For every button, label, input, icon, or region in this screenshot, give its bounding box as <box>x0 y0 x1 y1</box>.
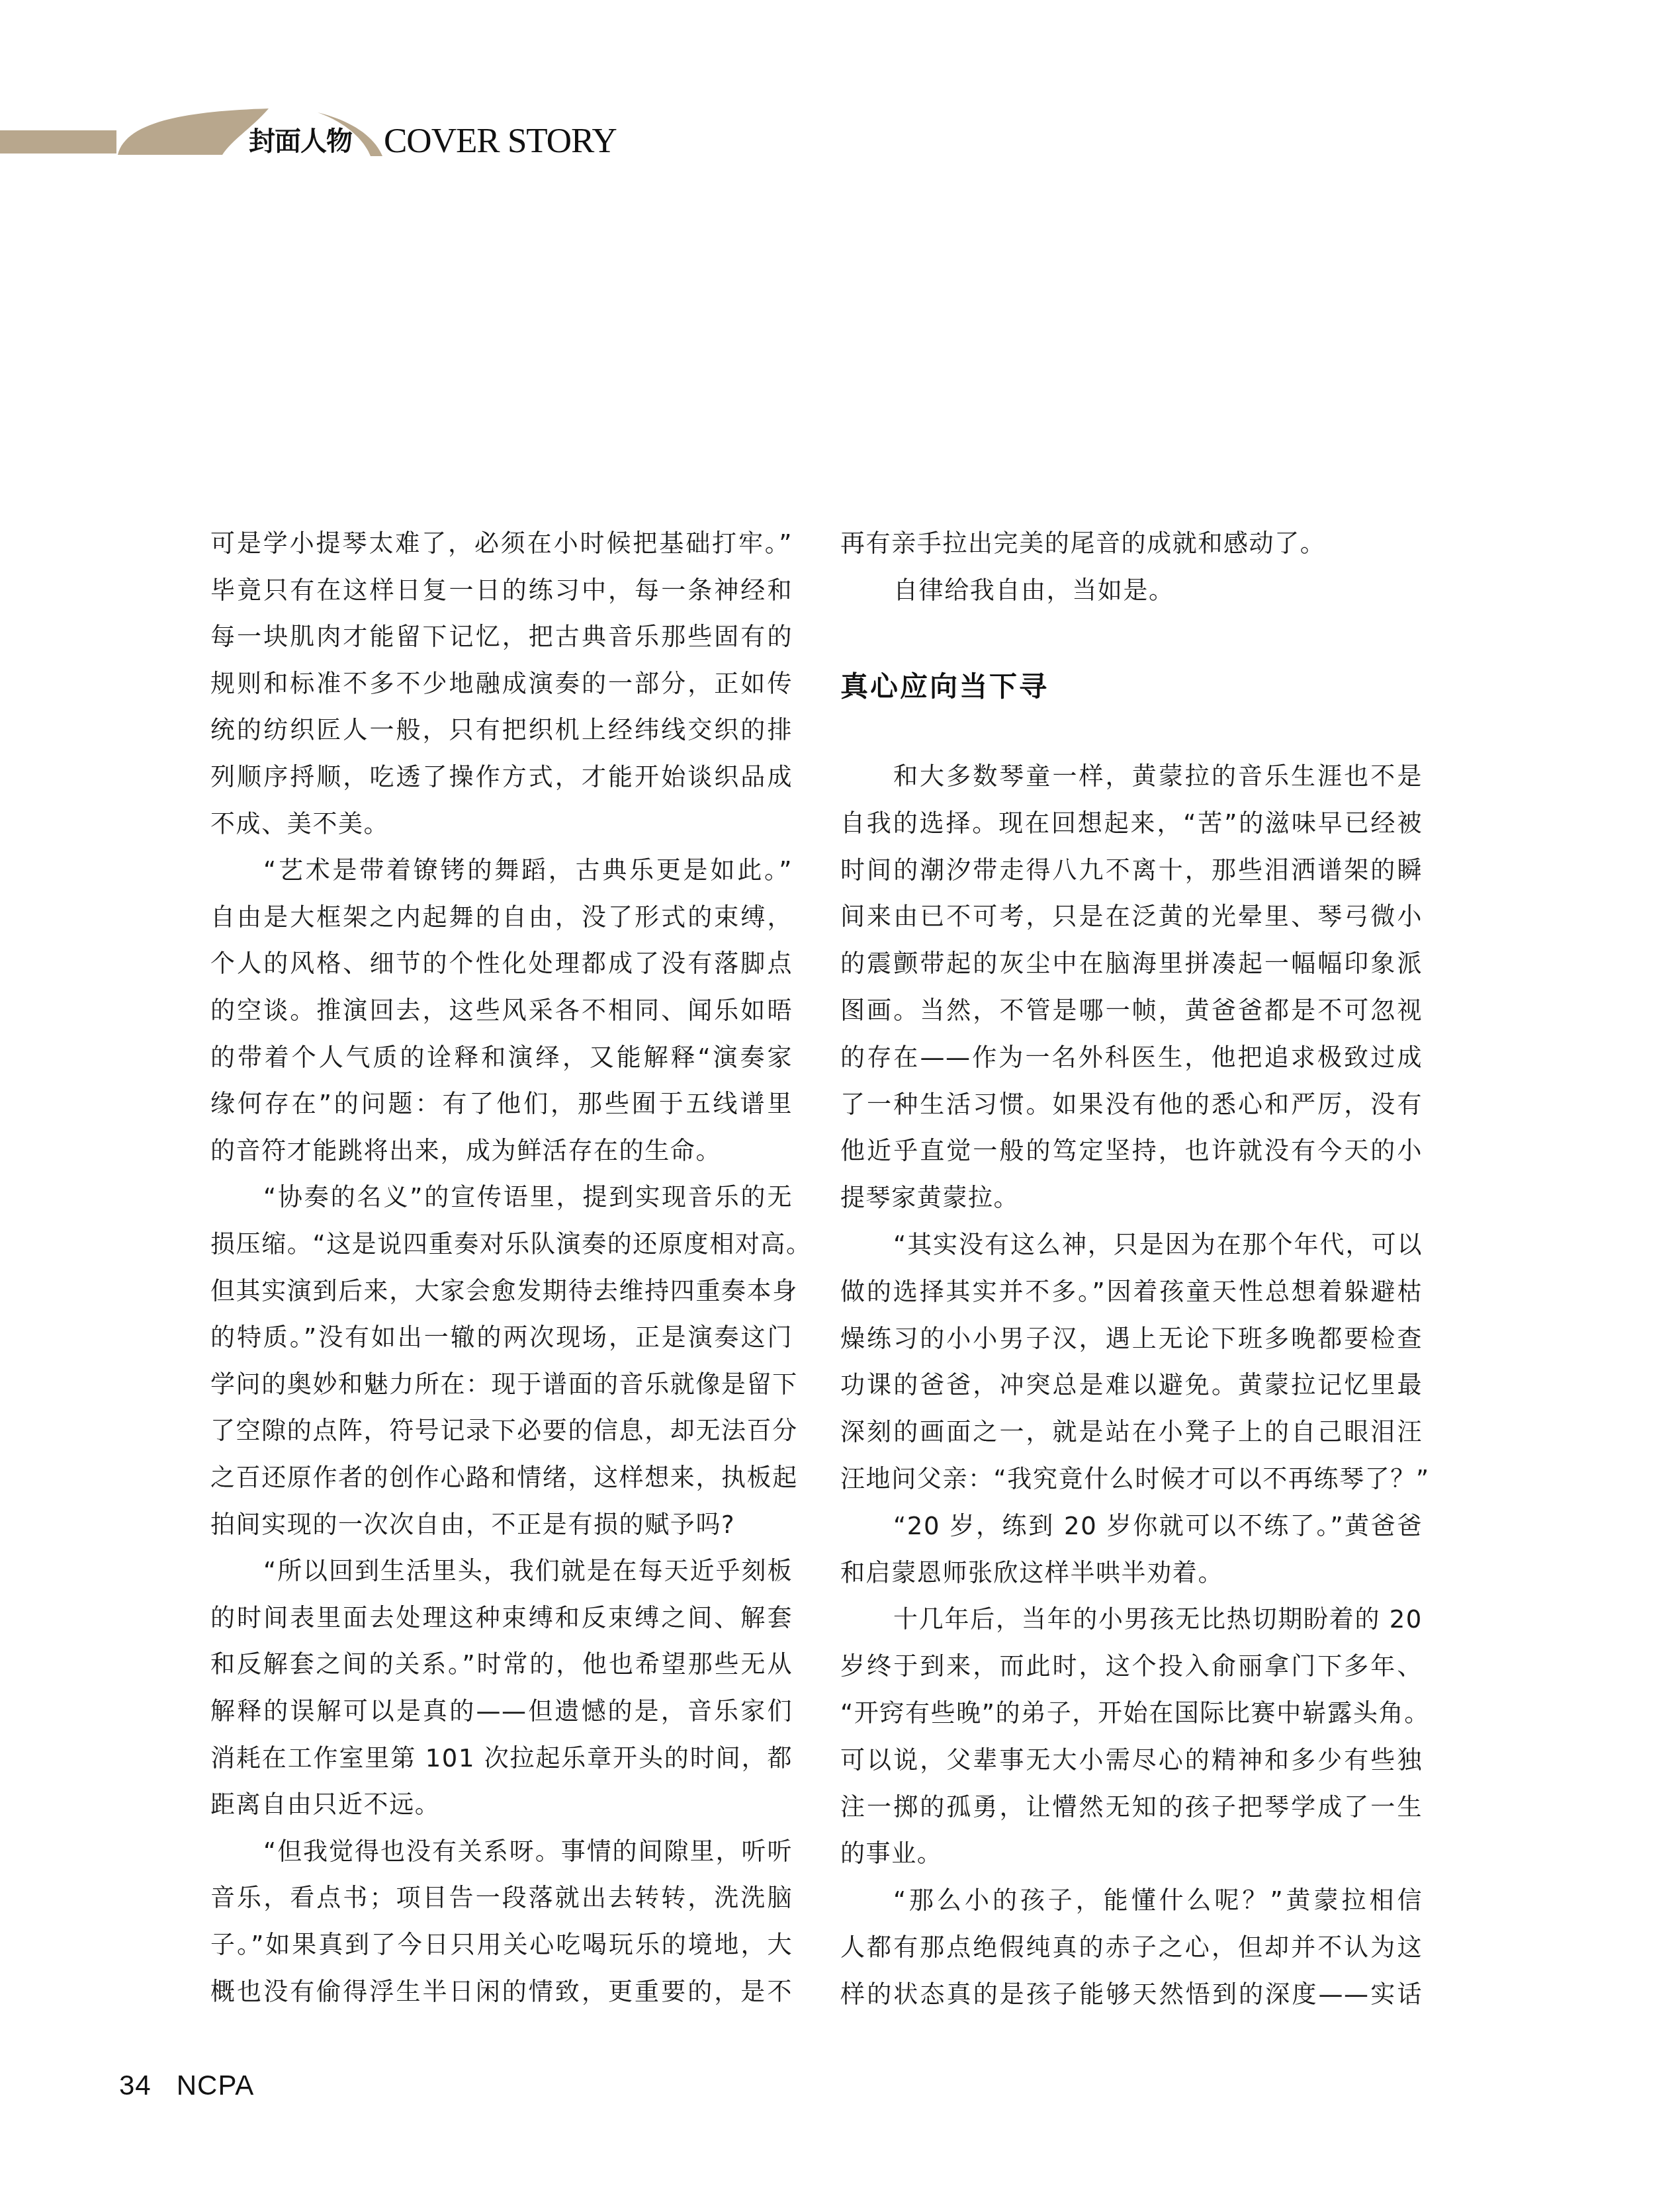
text-line: “协奏的名义”的宣传语里，提到实现音乐的无 <box>210 1182 793 1213</box>
text-line: “艺术是带着镣铐的舞蹈，古典乐更是如此。” <box>210 855 793 886</box>
header-shell-ornament <box>112 109 271 155</box>
text-line: “20 岁，练到 20 岁你就可以不练了。”黄爸爸 <box>840 1511 1423 1542</box>
header-accent-bar <box>0 130 116 153</box>
text-line: 的事业。 <box>840 1839 1423 1869</box>
text-line: 列顺序捋顺，吃透了操作方式，才能开始谈织品成 <box>210 762 793 793</box>
text-line: 人都有那点绝假纯真的赤子之心，但却并不认为这 <box>840 1933 1423 1963</box>
text-line: 的特质。”没有如出一辙的两次现场，正是演奏这门 <box>210 1323 793 1353</box>
text-line: 子。”如果真到了今日只用关心吃喝玩乐的境地，大 <box>210 1930 793 1960</box>
text-line: “所以回到生活里头，我们就是在每天近乎刻板 <box>210 1556 793 1587</box>
text-line: 学问的奥妙和魅力所在：现于谱面的音乐就像是留下 <box>210 1370 793 1400</box>
text-line: 和反解套之间的关系。”时常的，他也希望那些无从 <box>210 1649 793 1680</box>
text-line: 注一掷的孤勇，让懵然无知的孩子把琴学成了一生 <box>840 1792 1423 1823</box>
text-line: 个人的风格、细节的个性化处理都成了没有落脚点 <box>210 949 793 979</box>
text-line: “那么小的孩子，能懂什么呢？”黄蒙拉相信 <box>840 1886 1423 1916</box>
text-line: 消耗在工作室里第 101 次拉起乐章开头的时间，都 <box>210 1743 793 1774</box>
section-label-english: COVER STORY <box>384 122 617 160</box>
text-line: 燥练习的小小男子汉，遇上无论下班多晚都要检查 <box>840 1324 1423 1354</box>
text-line: “但我觉得也没有关系呀。事情的间隙里，听听 <box>210 1837 793 1867</box>
text-line: 他近乎直觉一般的笃定坚持，也许就没有今天的小 <box>840 1136 1423 1166</box>
text-line: 概也没有偷得浮生半日闲的情致，更重要的，是不 <box>210 1977 793 2007</box>
magazine-page: 封面人物 COVER STORY 可是学小提琴太难了，必须在小时候把基础打牢。”… <box>0 0 1680 2188</box>
page-number: 34 <box>119 2070 152 2101</box>
text-line: 拍间实现的一次次自由，不正是有损的赋予吗? <box>210 1510 793 1540</box>
text-line: 但其实演到后来，大家会愈发期待去维持四重奏本身 <box>210 1276 793 1307</box>
text-line: 自由是大框架之内起舞的自由，没了形式的束缚， <box>210 902 793 933</box>
text-line: 的空谈。推演回去，这些风采各不相同、闻乐如晤 <box>210 996 793 1026</box>
text-line: 可是学小提琴太难了，必须在小时候把基础打牢。” <box>210 529 793 559</box>
text-line: 可以说，父辈事无大小需尽心的精神和多少有些独 <box>840 1745 1423 1776</box>
text-line: 的带着个人气质的诠释和演绎，又能解释“演奏家 <box>210 1043 793 1073</box>
text-line: 提琴家黄蒙拉。 <box>840 1183 1423 1213</box>
text-line: 间来由已不可考，只是在泛黄的光晕里、琴弓微小 <box>840 902 1423 932</box>
text-line: “其实没有这么神，只是因为在那个年代，可以 <box>840 1230 1423 1260</box>
text-line: 之百还原作者的创作心路和情绪，这样想来，执板起 <box>210 1463 793 1493</box>
text-line: 统的纺织匠人一般，只有把织机上经纬线交织的排 <box>210 715 793 746</box>
text-line: 十几年后，当年的小男孩无比热切期盼着的 20 <box>840 1604 1423 1635</box>
text-line: 了一种生活习惯。如果没有他的悉心和严厉，没有 <box>840 1090 1423 1120</box>
text-line: 规则和标准不多不少地融成演奏的一部分，正如传 <box>210 669 793 699</box>
text-line: 做的选择其实并不多。”因着孩童天性总想着躲避枯 <box>840 1277 1423 1307</box>
text-line: 了空隙的点阵，符号记录下必要的信息，却无法百分 <box>210 1416 793 1446</box>
text-line: 毕竟只有在这样日复一日的练习中，每一条神经和 <box>210 576 793 606</box>
text-line: 每一块肌肉才能留下记忆，把古典音乐那些固有的 <box>210 622 793 652</box>
text-line: 自律给我自由，当如是。 <box>840 576 1423 606</box>
text-line: 自我的选择。现在回想起来，“苦”的滋味早已经被 <box>840 809 1423 839</box>
text-line: 的存在——作为一名外科医生，他把追求极致过成 <box>840 1043 1423 1073</box>
text-line: 的时间表里面去处理这种束缚和反束缚之间、解套 <box>210 1603 793 1634</box>
text-line: 岁终于到来，而此时，这个投入俞丽拿门下多年、 <box>840 1651 1423 1682</box>
text-line: 再有亲手拉出完美的尾音的成就和感动了。 <box>840 529 1423 559</box>
section-label-chinese: 封面人物 <box>249 124 352 159</box>
text-line: 图画。当然，不管是哪一帧，黄爸爸都是不可忽视 <box>840 996 1423 1026</box>
text-line: 样的状态真的是孩子能够天然悟到的深度——实话 <box>840 1980 1423 2010</box>
text-line: 距离自由只近不远。 <box>210 1790 793 1820</box>
text-line: 的震颤带起的灰尘中在脑海里拼凑起一幅幅印象派 <box>840 949 1423 979</box>
text-line: 功课的爸爸，冲突总是难以避免。黄蒙拉记忆里最 <box>840 1370 1423 1401</box>
text-line: 和大多数琴童一样，黄蒙拉的音乐生涯也不是 <box>840 762 1423 792</box>
publication-name: NCPA <box>177 2070 255 2101</box>
text-line: 损压缩。“这是说四重奏对乐队演奏的还原度相对高。 <box>210 1229 793 1260</box>
text-line: 时间的潮汐带走得八九不离十，那些泪洒谱架的瞬 <box>840 855 1423 886</box>
section-heading: 真心应向当下寻 <box>840 670 1049 704</box>
text-line: 深刻的画面之一，就是站在小凳子上的自己眼泪汪 <box>840 1417 1423 1448</box>
text-line: 的音符才能跳将出来，成为鲜活存在的生命。 <box>210 1136 793 1166</box>
text-line: 不成、美不美。 <box>210 809 793 840</box>
page-folio: 34 NCPA <box>119 2070 254 2101</box>
text-line: “开窍有些晚”的弟子，开始在国际比赛中崭露头角。 <box>840 1698 1423 1729</box>
text-line: 音乐，看点书；项目告一段落就出去转转，洗洗脑 <box>210 1883 793 1913</box>
text-line: 缘何存在”的问题：有了他们，那些囿于五线谱里 <box>210 1089 793 1119</box>
text-line: 解释的误解可以是真的——但遗憾的是，音乐家们 <box>210 1696 793 1727</box>
text-line: 和启蒙恩师张欣这样半哄半劝着。 <box>840 1558 1423 1589</box>
text-line: 汪地问父亲：“我究竟什么时候才可以不再练琴了？” <box>840 1464 1423 1495</box>
